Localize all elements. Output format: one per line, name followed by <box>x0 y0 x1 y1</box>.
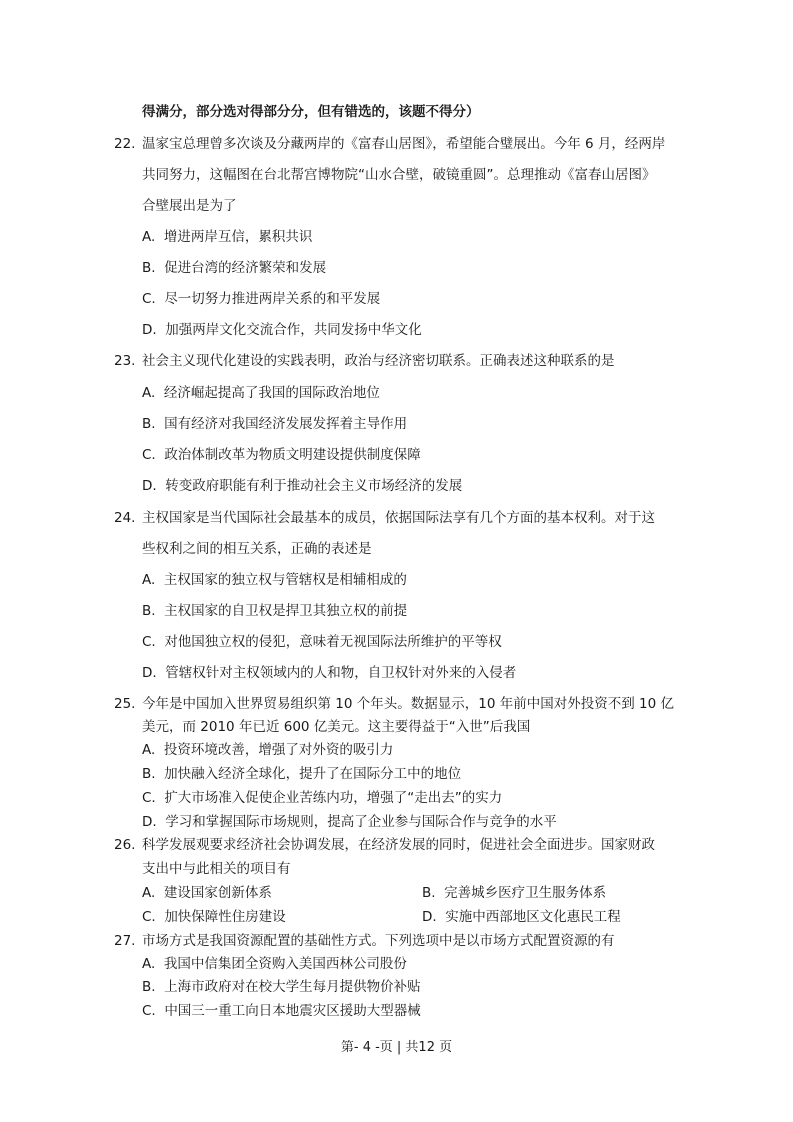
question-stem-line: 些权利之间的相互关系，正确的表述是 <box>142 539 372 559</box>
option-label: A. <box>142 572 155 588</box>
option-label: C. <box>142 634 156 650</box>
option-a: A. 主权国家的独立权与管辖权是相辅相成的 <box>142 570 407 590</box>
option-label: A. <box>142 956 155 972</box>
option-label: C. <box>142 790 156 806</box>
instruction-tail: 得满分，部分选对得部分分，但有错选的，该题不得分） <box>142 102 480 122</box>
question-stem-line: 社会主义现代化建设的实践表明，政治与经济密切联系。正确表述这种联系的是 <box>142 351 615 371</box>
question-number: 22. <box>114 134 135 154</box>
option-text: 主权国家的独立权与管辖权是相辅相成的 <box>164 572 407 588</box>
option-c: C. 扩大市场准入促使企业苦练内功，增强了“走出去”的实力 <box>142 788 502 808</box>
option-text: 建设国家创新体系 <box>164 885 272 901</box>
option-text: 尽一切努力推进两岸关系的和平发展 <box>164 291 380 307</box>
option-label: D. <box>142 478 157 494</box>
option-d: D. 加强两岸文化交流合作，共同发扬中华文化 <box>142 320 422 340</box>
question-stem-line: 共同努力，这幅图在台北帮宫博物院“山水合壁，破镜重圆”。总理推动《富春山居图》 <box>142 165 656 185</box>
option-d: D. 转变政府职能有利于推动社会主义市场经济的发展 <box>142 476 462 496</box>
option-c: C. 政治体制改革为物质文明建设提供制度保障 <box>142 445 421 465</box>
option-label: C. <box>142 291 156 307</box>
option-b: B. 国有经济对我国经济发展发挥着主导作用 <box>142 414 407 434</box>
question-stem-line: 美元，而 2010 年已近 600 亿美元。这主要得益于“入世”后我国 <box>142 717 530 737</box>
question-number: 26. <box>114 835 135 855</box>
option-text: 学习和掌握国际市场规则，提高了企业参与国际合作与竞争的水平 <box>165 814 557 830</box>
option-label: D. <box>142 814 157 830</box>
option-text: 促进台湾的经济繁荣和发展 <box>164 260 326 276</box>
option-d: D. 实施中西部地区文化惠民工程 <box>422 907 621 927</box>
option-label: B. <box>142 416 156 432</box>
option-label: B. <box>142 766 156 782</box>
option-label: C. <box>142 909 156 925</box>
option-a: A. 建设国家创新体系 <box>142 883 272 903</box>
option-text: 加快融入经济全球化，提升了在国际分工中的地位 <box>164 766 461 782</box>
option-label: C. <box>142 447 156 463</box>
option-a: A. 经济崛起提高了我国的国际政治地位 <box>142 383 380 403</box>
question-stem-line: 合壁展出是为了 <box>142 196 237 216</box>
option-label: B. <box>142 979 156 995</box>
question-number: 25. <box>114 694 135 714</box>
option-b: B. 加快融入经济全球化，提升了在国际分工中的地位 <box>142 764 461 784</box>
option-text: 政治体制改革为物质文明建设提供制度保障 <box>164 447 421 463</box>
option-text: 加快保障性住房建设 <box>164 909 286 925</box>
option-label: C. <box>142 1003 156 1019</box>
option-text: 经济崛起提高了我国的国际政治地位 <box>164 385 380 401</box>
option-text: 管辖权针对主权领域内的人和物，自卫权针对外来的入侵者 <box>165 665 516 681</box>
option-text: 上海市政府对在校大学生每月提供物价补贴 <box>164 979 421 995</box>
option-b: B. 上海市政府对在校大学生每月提供物价补贴 <box>142 977 421 997</box>
option-text: 加强两岸文化交流合作，共同发扬中华文化 <box>165 322 422 338</box>
option-a: A. 我国中信集团全资购入美国西林公司股份 <box>142 954 407 974</box>
option-label: D. <box>142 322 157 338</box>
question-stem-line: 温家宝总理曾多次谈及分藏两岸的《富春山居图》，希望能合璧展出。今年 6 月，经两… <box>142 134 665 154</box>
option-label: A. <box>142 742 155 758</box>
question-number: 23. <box>114 351 135 371</box>
option-d: D. 学习和掌握国际市场规则，提高了企业参与国际合作与竞争的水平 <box>142 812 557 832</box>
page-footer: 第- 4 -页 | 共12 页 <box>0 1038 793 1058</box>
question-number: 24. <box>114 508 135 528</box>
option-label: D. <box>422 909 437 925</box>
option-a: A. 投资环境改善，增强了对外资的吸引力 <box>142 740 393 760</box>
question-stem-line: 支出中与此相关的项目有 <box>142 859 291 879</box>
option-label: B. <box>142 260 156 276</box>
option-text: 实施中西部地区文化惠民工程 <box>445 909 621 925</box>
option-b: B. 促进台湾的经济繁荣和发展 <box>142 258 326 278</box>
option-c: C. 加快保障性住房建设 <box>142 907 286 927</box>
option-text: 转变政府职能有利于推动社会主义市场经济的发展 <box>165 478 462 494</box>
option-text: 国有经济对我国经济发展发挥着主导作用 <box>164 416 407 432</box>
option-a: A. 增进两岸互信，累积共识 <box>142 227 312 247</box>
question-stem-line: 市场方式是我国资源配置的基础性方式。下列选项中是以市场方式配置资源的有 <box>142 931 615 951</box>
option-text: 对他国独立权的侵犯，意味着无视国际法所维护的平等权 <box>164 634 502 650</box>
option-label: D. <box>142 665 157 681</box>
option-label: A. <box>142 229 155 245</box>
option-c: C. 中国三一重工向日本地震灾区援助大型器械 <box>142 1001 421 1021</box>
option-label: A. <box>142 385 155 401</box>
option-b: B. 主权国家的自卫权是捍卫其独立权的前提 <box>142 601 407 621</box>
option-d: D. 管辖权针对主权领域内的人和物，自卫权针对外来的入侵者 <box>142 663 516 683</box>
question-number: 27. <box>114 931 135 951</box>
option-text: 增进两岸互信，累积共识 <box>164 229 313 245</box>
option-label: B. <box>422 885 436 901</box>
option-text: 投资环境改善，增强了对外资的吸引力 <box>164 742 394 758</box>
question-stem-line: 今年是中国加入世界贸易组织第 10 个年头。数据显示，10 年前中国对外投资不到… <box>142 694 674 714</box>
option-c: C. 对他国独立权的侵犯，意味着无视国际法所维护的平等权 <box>142 632 502 652</box>
option-text: 完善城乡医疗卫生服务体系 <box>444 885 606 901</box>
option-b: B. 完善城乡医疗卫生服务体系 <box>422 883 606 903</box>
option-text: 主权国家的自卫权是捍卫其独立权的前提 <box>164 603 407 619</box>
question-stem-line: 主权国家是当代国际社会最基本的成员，依据国际法享有几个方面的基本权利。对于这 <box>142 508 655 528</box>
option-label: B. <box>142 603 156 619</box>
question-stem-line: 科学发展观要求经济社会协调发展，在经济发展的同时，促进社会全面进步。国家财政 <box>142 835 655 855</box>
option-label: A. <box>142 885 155 901</box>
option-c: C. 尽一切努力推进两岸关系的和平发展 <box>142 289 380 309</box>
option-text: 扩大市场准入促使企业苦练内功，增强了“走出去”的实力 <box>164 790 502 806</box>
option-text: 我国中信集团全资购入美国西林公司股份 <box>164 956 407 972</box>
option-text: 中国三一重工向日本地震灾区援助大型器械 <box>164 1003 421 1019</box>
